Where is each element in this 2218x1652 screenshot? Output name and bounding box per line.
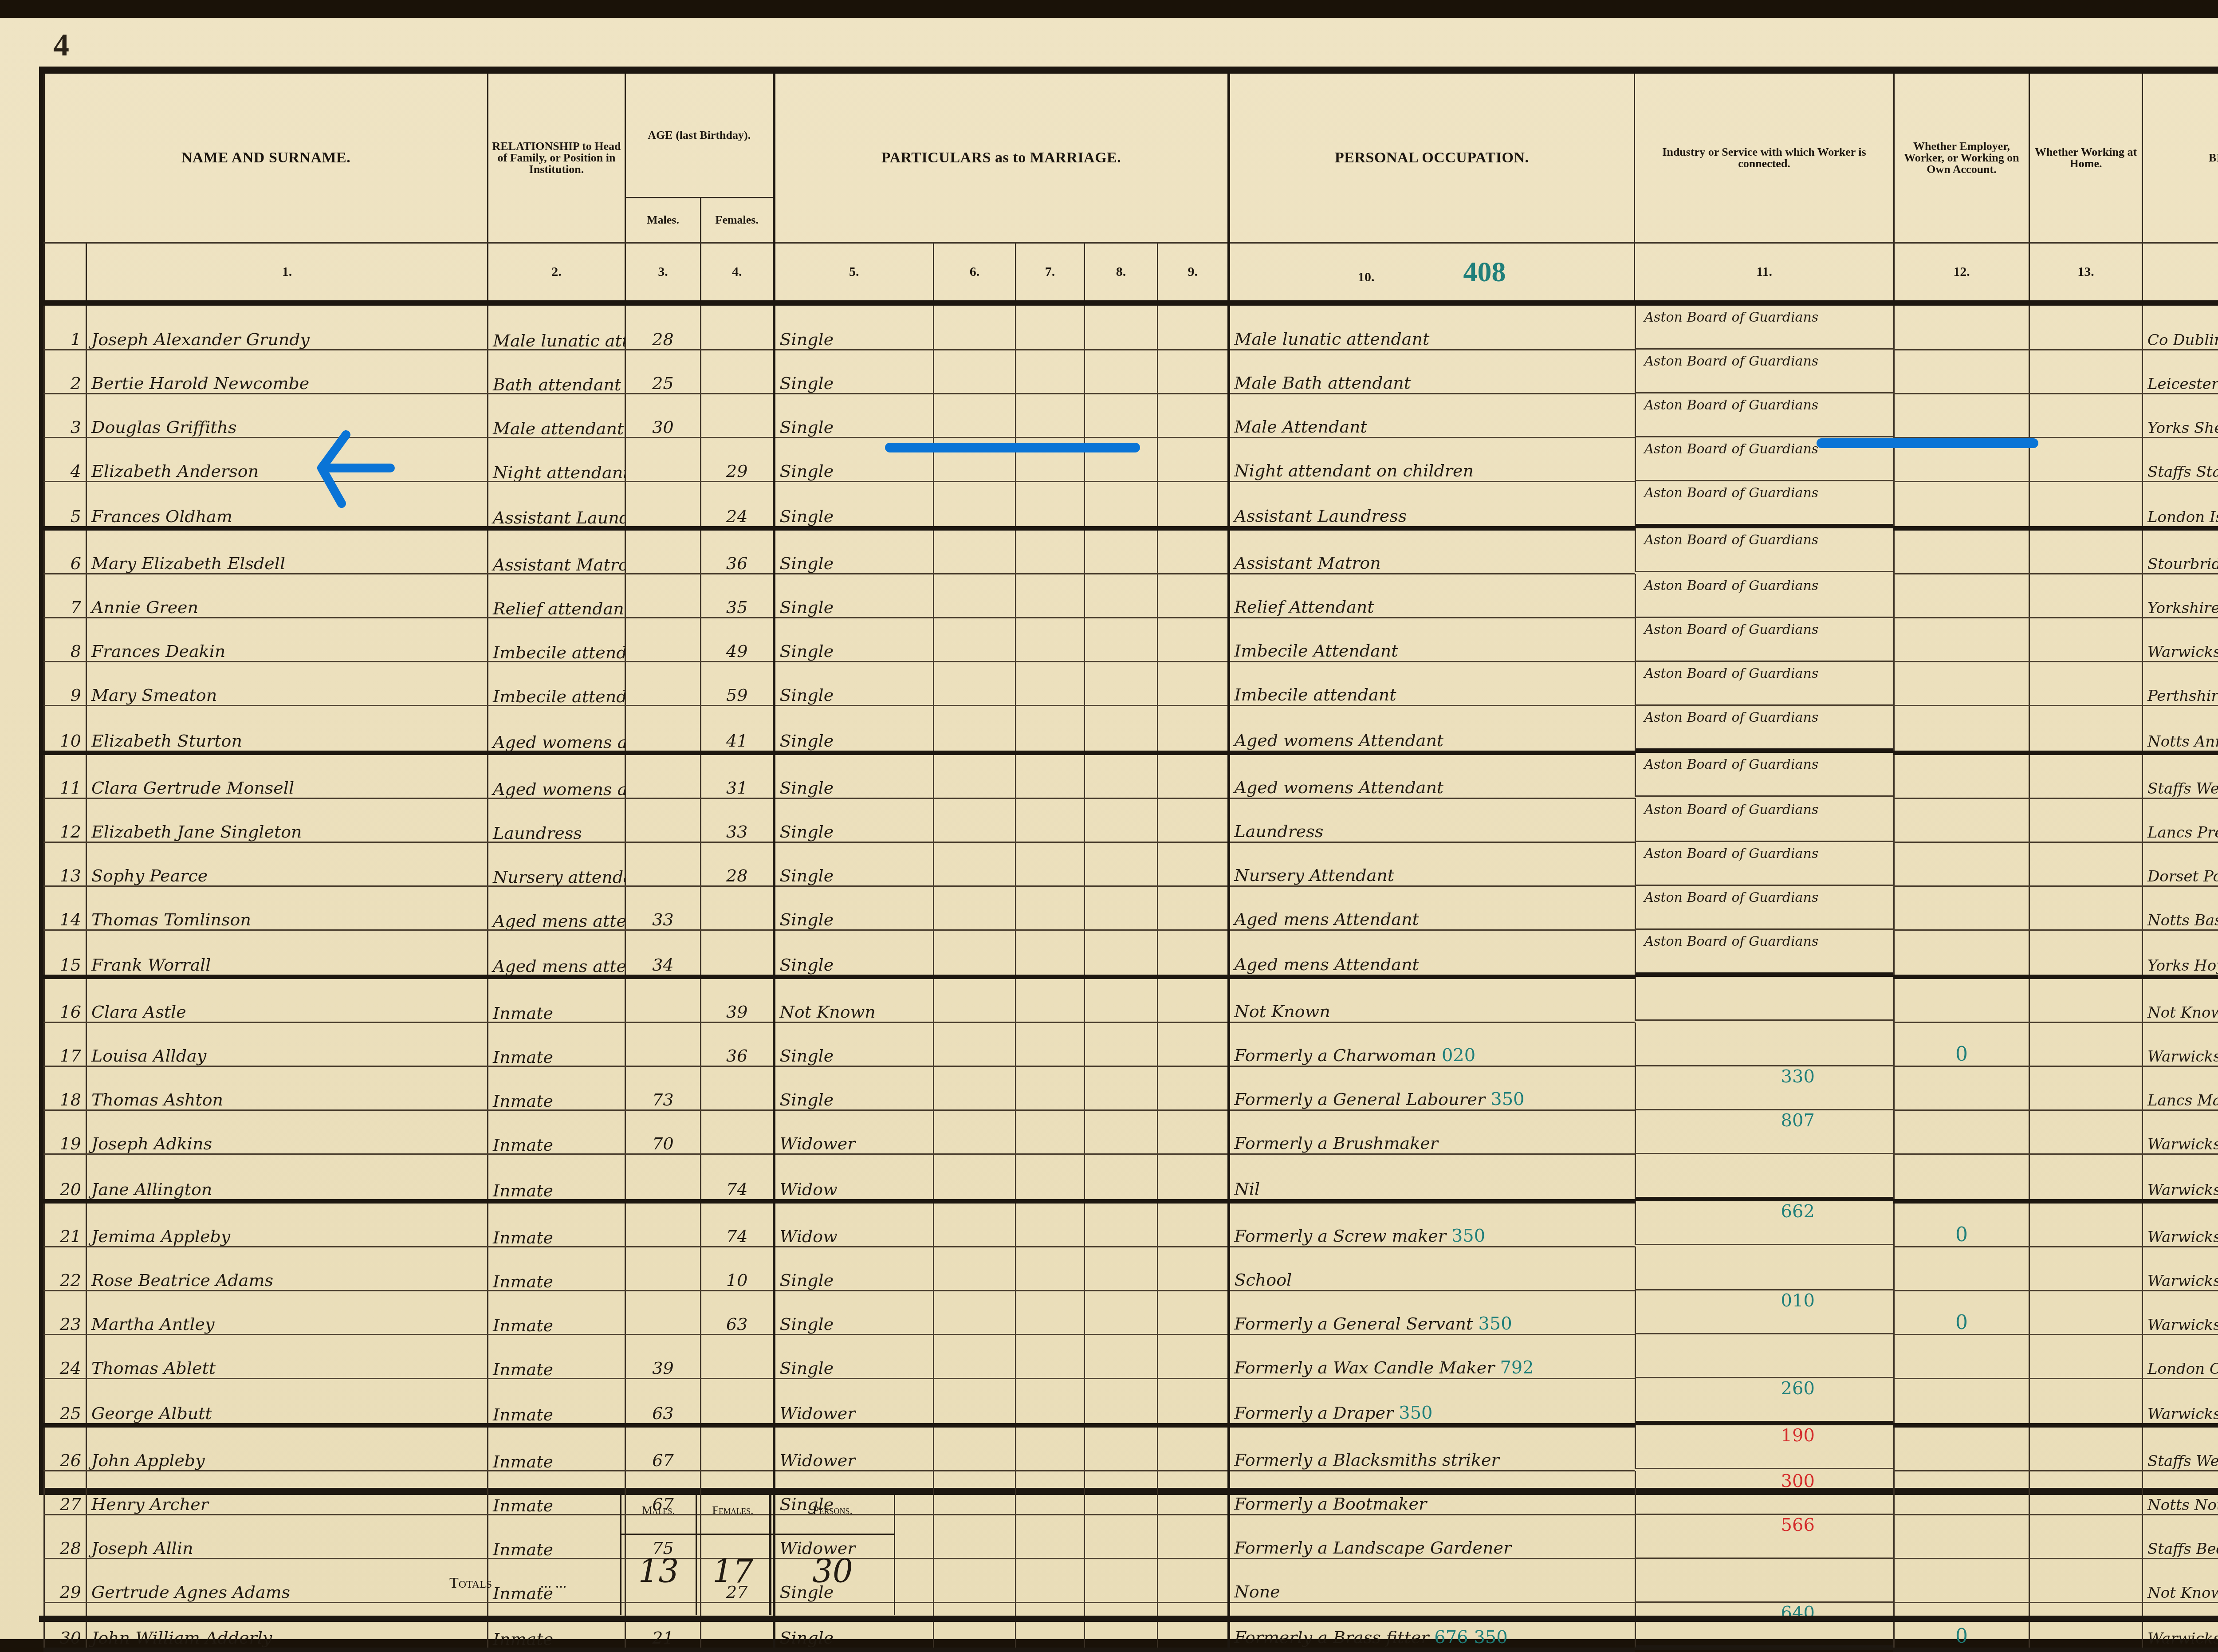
header-at-home: Whether Working at Home. (2029, 74, 2143, 243)
marriage-col9-cell (1158, 1023, 1229, 1066)
occupation-cell: Male lunatic attendant (1229, 303, 1635, 350)
name-cell: Sophy Pearce (87, 842, 488, 886)
employer-cell: 0 (1894, 1201, 2029, 1247)
birthplace-cell: Lancs Manchester (2143, 1066, 2218, 1110)
marriage-col9-cell (1158, 618, 1229, 662)
totals-males-value: 13 (621, 1535, 696, 1590)
at-home-cell (2029, 1023, 2143, 1066)
colnum-7: 7. (1016, 243, 1085, 303)
marriage-col7-cell (1016, 886, 1085, 930)
name-cell: Thomas Ablett (87, 1334, 488, 1378)
birthplace-cell: Warwickshire Birmingham (2143, 1023, 2218, 1066)
row-number: 16 (44, 977, 87, 1023)
marriage-cell: Single (774, 303, 934, 350)
industry-cell: 190 (1635, 1425, 1894, 1469)
marriage-col7-cell (1016, 1334, 1085, 1378)
employer-cell (1894, 1378, 2029, 1425)
industry-cell: Aston Board of Guardians (1635, 350, 1894, 393)
employer-code: 0 (1899, 1625, 2024, 1640)
table-row: 20Jane AllingtonInmate74WidowNilWarwicks… (44, 1154, 2218, 1201)
industry-code: 662 (1781, 1201, 1815, 1222)
marriage-cell: Widower (774, 1425, 934, 1471)
industry-cell: Aston Board of Guardians (1635, 528, 1894, 572)
highlight-bar-employment (1817, 438, 2038, 448)
employer-cell (1894, 706, 2029, 753)
marriage-col7-cell (1016, 1425, 1085, 1471)
row-number: 10 (44, 706, 87, 753)
header-industry: Industry or Service with which Worker is… (1635, 74, 1894, 243)
marriage-cell: Not Known (774, 977, 934, 1023)
employer-cell (1894, 481, 2029, 528)
name-cell: Thomas Ashton (87, 1066, 488, 1110)
birthplace-text: London Old Ford (2147, 1360, 2218, 1378)
birthplace-text: Yorkshire Rawmarsh (2147, 599, 2218, 617)
marriage-col8-cell (1085, 1154, 1158, 1201)
table-row: 14Thomas TomlinsonAged mens attendant33S… (44, 886, 2218, 930)
name-cell: John Appleby (87, 1425, 488, 1471)
marriage-col9-cell (1158, 350, 1229, 393)
totals-label: Totals ... ... (449, 1575, 566, 1592)
totals-males-box: Males. 13 (620, 1495, 696, 1615)
industry-cell: Aston Board of Guardians (1635, 481, 1894, 528)
occupation-text: Formerly a Brushmaker (1235, 1133, 1438, 1153)
row-number: 17 (44, 1023, 87, 1066)
female-age-cell: 36 (701, 528, 774, 574)
relationship-cell: Aged mens attendant (488, 930, 625, 977)
birthplace-cell: Leicestershire Leicester (2143, 350, 2218, 393)
at-home-cell (2029, 481, 2143, 528)
relationship-cell: Inmate (488, 1378, 625, 1425)
at-home-cell (2029, 1154, 2143, 1201)
marriage-col8-cell (1085, 977, 1158, 1023)
name-cell: Frances Oldham (87, 481, 488, 528)
marriage-col6-cell (934, 798, 1016, 842)
birthplace-text: Warwickshire Birmingham (2147, 643, 2218, 661)
marriage-col7-cell (1016, 1201, 1085, 1247)
colnum-1: 1. (87, 243, 488, 303)
marriage-col9-cell (1158, 481, 1229, 528)
marriage-col8-cell (1085, 930, 1158, 977)
relationship-cell: Laundress (488, 798, 625, 842)
marriage-col7-cell (1016, 706, 1085, 753)
male-age-cell (625, 1023, 701, 1066)
occupation-cell: Aged womens Attendant (1229, 706, 1635, 753)
occupation-text: Formerly a Draper (1235, 1403, 1394, 1423)
marriage-col6-cell (934, 706, 1016, 753)
marriage-col9-cell (1158, 528, 1229, 574)
birthplace-cell: Yorkshire Rawmarsh (2143, 574, 2218, 618)
marriage-col7-cell (1016, 977, 1085, 1023)
employer-cell (1894, 753, 2029, 798)
male-age-cell (625, 574, 701, 618)
at-home-cell (2029, 303, 2143, 350)
male-age-cell: 67 (625, 1425, 701, 1471)
employer-cell (1894, 1425, 2029, 1471)
marriage-col6-cell (934, 886, 1016, 930)
female-age-cell (701, 1110, 774, 1154)
occupation-text: Formerly a General Servant (1235, 1314, 1473, 1333)
employer-cell (1894, 886, 2029, 930)
colnum-2: 2. (488, 243, 625, 303)
female-age-cell: 39 (701, 977, 774, 1023)
occupation-text: Aged womens Attendant (1235, 731, 1444, 750)
occupation-cell: Imbecile attendant (1229, 662, 1635, 706)
relationship-cell: Inmate (488, 1425, 625, 1471)
marriage-col8-cell (1085, 574, 1158, 618)
marriage-col7-cell (1016, 574, 1085, 618)
marriage-cell: Single (774, 842, 934, 886)
row-number: 25 (44, 1378, 87, 1425)
relationship-cell: Bath attendant (488, 350, 625, 393)
occupation-cell: Formerly a General Labourer350 (1229, 1066, 1635, 1110)
name-cell: Clara Gertrude Monsell (87, 753, 488, 798)
industry-cell: Aston Board of Guardians (1635, 798, 1894, 842)
occupation-cell: Male Bath attendant (1229, 350, 1635, 393)
birthplace-cell: Warwickshire Birmingham (2143, 1290, 2218, 1334)
name-cell: Louisa Allday (87, 1023, 488, 1066)
industry-cell: 807 (1635, 1110, 1894, 1154)
marriage-cell: Single (774, 753, 934, 798)
totals-section: Totals ... ... Males. 13 Females. 17 Per… (39, 1495, 2218, 1619)
marriage-col8-cell (1085, 350, 1158, 393)
highlight-bar-marriage (885, 443, 1140, 452)
marriage-cell: Single (774, 618, 934, 662)
marriage-cell: Widower (774, 1110, 934, 1154)
table-row: 26John ApplebyInmate67WidowerFormerly a … (44, 1425, 2218, 1471)
marriage-col9-cell (1158, 303, 1229, 350)
at-home-cell (2029, 1378, 2143, 1425)
industry-cell (1635, 1334, 1894, 1378)
marriage-cell: Single (774, 706, 934, 753)
marriage-col9-cell (1158, 886, 1229, 930)
birthplace-cell: Lancs Preston (2143, 798, 2218, 842)
occupation-cell: Formerly a Charwoman020 (1229, 1023, 1635, 1066)
birthplace-cell: Warwickshire Dudley (2143, 1378, 2218, 1425)
employer-cell (1894, 393, 2029, 437)
name-cell: Jemima Appleby (87, 1201, 488, 1247)
highlight-arrow-icon (311, 426, 399, 515)
industry-text: Aston Board of Guardians (1644, 666, 1818, 681)
birthplace-text: Lancs Manchester (2147, 1092, 2218, 1109)
female-age-cell: 33 (701, 798, 774, 842)
row-number: 1 (44, 303, 87, 350)
row-number: 8 (44, 618, 87, 662)
female-age-cell: 74 (701, 1154, 774, 1201)
name-cell: Frances Deakin (87, 618, 488, 662)
row-number: 6 (44, 528, 87, 574)
colnum-11: 11. (1635, 243, 1894, 303)
at-home-cell (2029, 528, 2143, 574)
row-number: 5 (44, 481, 87, 528)
census-sheet: 4 NAME AND SURNAME. RELATIONSHIP to Head… (0, 18, 2218, 1639)
female-age-cell (701, 1066, 774, 1110)
male-age-cell: 30 (625, 393, 701, 437)
birthplace-cell: Warwickshire Birmingham (2143, 1154, 2218, 1201)
colnum-4: 4. (701, 243, 774, 303)
birthplace-text: Yorks Sheffield (2147, 419, 2218, 437)
birthplace-text: Staffs Wednesbury (2147, 1452, 2218, 1470)
industry-cell: Aston Board of Guardians (1635, 618, 1894, 662)
industry-text: Aston Board of Guardians (1644, 622, 1818, 637)
marriage-col8-cell (1085, 886, 1158, 930)
at-home-cell (2029, 662, 2143, 706)
marriage-col8-cell (1085, 1425, 1158, 1471)
marriage-cell: Single (774, 1290, 934, 1334)
employer-cell (1894, 618, 2029, 662)
birthplace-cell: Perthshire Perth (2143, 662, 2218, 706)
relationship-cell: Relief attendant (488, 574, 625, 618)
marriage-col6-cell (934, 574, 1016, 618)
marriage-col8-cell (1085, 481, 1158, 528)
marriage-col7-cell (1016, 1290, 1085, 1334)
birthplace-text: Stourbridge Worcestershire (2147, 555, 2218, 573)
row-number: 18 (44, 1066, 87, 1110)
marriage-col6-cell (934, 753, 1016, 798)
row-number: 24 (44, 1334, 87, 1378)
marriage-col8-cell (1085, 393, 1158, 437)
table-row: 17Louisa AlldayInmate36SingleFormerly a … (44, 1023, 2218, 1066)
birthplace-cell: Warwickshire Birmingham (2143, 1110, 2218, 1154)
marriage-cell: Single (774, 886, 934, 930)
occupation-text: Formerly a Wax Candle Maker (1235, 1358, 1495, 1377)
male-age-cell: 73 (625, 1066, 701, 1110)
row-number: 4 (44, 437, 87, 481)
birthplace-text: Dorset Portland (2147, 868, 2218, 885)
at-home-cell (2029, 1110, 2143, 1154)
name-cell: Douglas Griffiths (87, 393, 488, 437)
marriage-col8-cell (1085, 1334, 1158, 1378)
row-number: 2 (44, 350, 87, 393)
header-name: NAME AND SURNAME. (44, 74, 488, 243)
female-age-cell (701, 350, 774, 393)
totals-females-value: 17 (697, 1535, 769, 1590)
male-age-cell (625, 1290, 701, 1334)
male-age-cell (625, 753, 701, 798)
birthplace-text: Perthshire Perth (2147, 687, 2218, 705)
marriage-col9-cell (1158, 1247, 1229, 1290)
male-age-cell (625, 798, 701, 842)
birthplace-cell: Notts Annesley (2143, 706, 2218, 753)
occupation-text: Formerly a Charwoman (1235, 1046, 1436, 1065)
marriage-col6-cell (934, 1201, 1016, 1247)
occupation-text: School (1235, 1270, 1292, 1290)
occupation-text: Imbecile attendant (1235, 685, 1396, 704)
marriage-col8-cell (1085, 1110, 1158, 1154)
totals-bottom-rule (39, 1616, 2218, 1622)
birthplace-text: Warwickshire Birmingham (2147, 1048, 2218, 1066)
name-cell: Martha Antley (87, 1290, 488, 1334)
birthplace-text: Notts Basford (2147, 912, 2218, 929)
industry-text: Aston Board of Guardians (1644, 757, 1818, 772)
marriage-cell: Single (774, 798, 934, 842)
relationship-cell: Aged womens attendant (488, 706, 625, 753)
row-number: 21 (44, 1201, 87, 1247)
name-cell: Elizabeth Anderson (87, 437, 488, 481)
marriage-cell: Widower (774, 1378, 934, 1425)
industry-text: Aston Board of Guardians (1644, 710, 1818, 725)
name-cell: Thomas Tomlinson (87, 886, 488, 930)
employer-cell (1894, 1110, 2029, 1154)
industry-cell: 662 (1635, 1201, 1894, 1245)
name-cell: Bertie Harold Newcombe (87, 350, 488, 393)
birthplace-text: Warwickshire Dudley (2147, 1405, 2218, 1423)
male-age-cell (625, 842, 701, 886)
occupation-text: Relief Attendant (1235, 597, 1374, 617)
industry-text: Aston Board of Guardians (1644, 934, 1818, 949)
totals-males-label: Males. (621, 1495, 696, 1535)
table-row: 22Rose Beatrice AdamsInmate10SingleSchoo… (44, 1247, 2218, 1290)
occupation-text: Night attendant on children (1235, 461, 1474, 480)
at-home-cell (2029, 1247, 2143, 1290)
occupation-code: 350 (1490, 1089, 1524, 1109)
occupation-text: Not Known (1235, 1002, 1330, 1021)
name-cell: Annie Green (87, 574, 488, 618)
birthplace-text: Warwickshire Birmingham (2147, 1272, 2218, 1290)
industry-text: Aston Board of Guardians (1644, 441, 1818, 457)
occupation-cell: Night attendant on children (1229, 437, 1635, 481)
marriage-cell: Single (774, 662, 934, 706)
occupation-cell: Formerly a Wax Candle Maker792 (1229, 1334, 1635, 1378)
female-age-cell (701, 1334, 774, 1378)
table-row: 10Elizabeth SturtonAged womens attendant… (44, 706, 2218, 753)
birthplace-cell: Warwickshire Birmingham (2143, 618, 2218, 662)
relationship-cell: Nursery attendant (488, 842, 625, 886)
at-home-cell (2029, 1201, 2143, 1247)
occupation-text: Assistant Laundress (1235, 506, 1407, 526)
birthplace-text: Leicestershire Leicester (2147, 375, 2218, 393)
at-home-cell (2029, 798, 2143, 842)
relationship-cell: Imbecile attendant (488, 618, 625, 662)
row-number: 9 (44, 662, 87, 706)
occupation-cell: Imbecile Attendant (1229, 618, 1635, 662)
birthplace-text: Yorks Hoyland (2147, 957, 2218, 975)
female-age-cell (701, 1378, 774, 1425)
industry-cell (1635, 1247, 1894, 1290)
industry-text: Aston Board of Guardians (1644, 846, 1818, 861)
male-age-cell: 39 (625, 1334, 701, 1378)
female-age-cell: 35 (701, 574, 774, 618)
at-home-cell (2029, 886, 2143, 930)
employer-cell (1894, 1066, 2029, 1110)
marriage-col9-cell (1158, 977, 1229, 1023)
industry-cell: Aston Board of Guardians (1635, 753, 1894, 797)
marriage-col7-cell (1016, 618, 1085, 662)
marriage-cell: Single (774, 481, 934, 528)
male-age-cell (625, 1201, 701, 1247)
industry-code: 010 (1781, 1290, 1815, 1311)
occupation-text: Imbecile Attendant (1235, 641, 1398, 661)
colnum-13: 13. (2029, 243, 2143, 303)
marriage-col6-cell (934, 303, 1016, 350)
occupation-code-annotation: 408 (1463, 256, 1506, 287)
marriage-col8-cell (1085, 1247, 1158, 1290)
marriage-col6-cell (934, 1066, 1016, 1110)
relationship-cell: Night attendant (488, 437, 625, 481)
male-age-cell (625, 706, 701, 753)
header-age: AGE (last Birthday). (625, 74, 774, 198)
female-age-cell (701, 303, 774, 350)
header-females: Females. (701, 198, 774, 243)
table-row: 25George AlbuttInmate63WidowerFormerly a… (44, 1378, 2218, 1425)
marriage-col8-cell (1085, 618, 1158, 662)
occupation-text: Aged womens Attendant (1235, 778, 1444, 797)
employer-cell (1894, 574, 2029, 618)
at-home-cell (2029, 1425, 2143, 1471)
birthplace-cell: Warwickshire West Bromwich (2143, 1201, 2218, 1247)
industry-cell: Aston Board of Guardians (1635, 393, 1894, 437)
marriage-col7-cell (1016, 1378, 1085, 1425)
totals-persons-label: Persons. (771, 1495, 894, 1535)
occupation-text: Aged mens Attendant (1235, 909, 1419, 929)
industry-cell (1635, 977, 1894, 1021)
female-age-cell: 29 (701, 437, 774, 481)
marriage-cell: Single (774, 574, 934, 618)
employer-cell (1894, 1334, 2029, 1378)
birthplace-text: Warwickshire Birmingham (2147, 1181, 2218, 1199)
employer-cell (1894, 930, 2029, 977)
relationship-cell: Assistant Matron (488, 528, 625, 574)
marriage-col6-cell (934, 1290, 1016, 1334)
totals-dots: ... ... (540, 1575, 567, 1591)
industry-text: Aston Board of Guardians (1644, 532, 1818, 548)
female-age-cell: 31 (701, 753, 774, 798)
birthplace-cell: Warwickshire Birmingham (2143, 1247, 2218, 1290)
birthplace-cell: Staffs Wednesbury (2143, 1425, 2218, 1471)
birthplace-text: Staffs Stafford (2147, 463, 2218, 481)
female-age-cell (701, 1425, 774, 1471)
marriage-col6-cell (934, 618, 1016, 662)
female-age-cell: 36 (701, 1023, 774, 1066)
relationship-cell: Inmate (488, 977, 625, 1023)
birthplace-cell: London Islington (2143, 481, 2218, 528)
birthplace-text: Warwickshire Birmingham (2147, 1136, 2218, 1153)
male-age-cell: 34 (625, 930, 701, 977)
row-number: 11 (44, 753, 87, 798)
industry-code: 300 (1781, 1471, 1815, 1491)
employer-code: 0 (1899, 1311, 2024, 1334)
employer-cell: 0 (1894, 1023, 2029, 1066)
occupation-text: Male Bath attendant (1235, 373, 1411, 393)
occupation-code: 792 (1500, 1357, 1534, 1378)
marriage-col6-cell (934, 1334, 1016, 1378)
table-row: 24Thomas AblettInmate39SingleFormerly a … (44, 1334, 2218, 1378)
name-cell: Elizabeth Sturton (87, 706, 488, 753)
marriage-col8-cell (1085, 1290, 1158, 1334)
employer-code: 0 (1899, 1043, 2024, 1066)
male-age-cell: 70 (625, 1110, 701, 1154)
at-home-cell (2029, 706, 2143, 753)
marriage-col8-cell (1085, 706, 1158, 753)
header-employer: Whether Employer, Worker, or Working on … (1894, 74, 2029, 243)
marriage-col7-cell (1016, 481, 1085, 528)
row-number: 23 (44, 1290, 87, 1334)
relationship-cell: Inmate (488, 1154, 625, 1201)
table-row: 7Annie GreenRelief attendant35SingleReli… (44, 574, 2218, 618)
at-home-cell (2029, 1334, 2143, 1378)
totals-persons-box: Persons. 30 (769, 1495, 895, 1615)
at-home-cell (2029, 618, 2143, 662)
table-row: 23Martha AntleyInmate63SingleFormerly a … (44, 1290, 2218, 1334)
employer-code: 0 (1899, 1223, 2024, 1246)
relationship-cell: Inmate (488, 1110, 625, 1154)
marriage-col6-cell (934, 1425, 1016, 1471)
marriage-col6-cell (934, 528, 1016, 574)
row-number: 3 (44, 393, 87, 437)
at-home-cell (2029, 753, 2143, 798)
at-home-cell (2029, 930, 2143, 977)
name-cell: Joseph Adkins (87, 1110, 488, 1154)
occupation-cell: Relief Attendant (1229, 574, 1635, 618)
